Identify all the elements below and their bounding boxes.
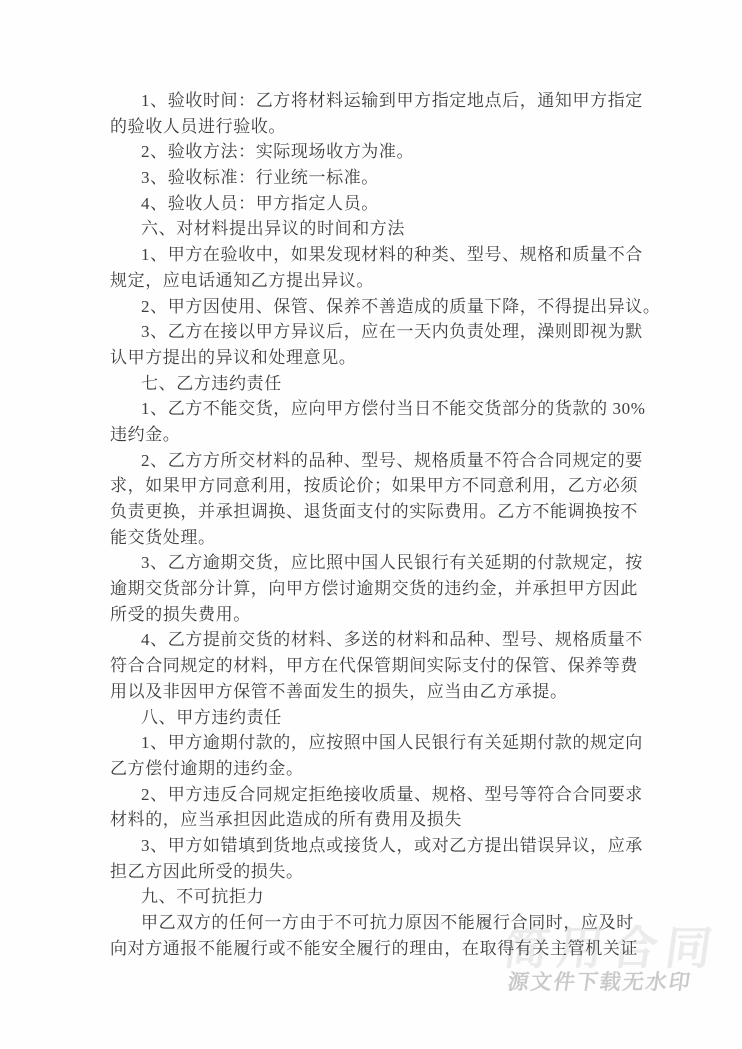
contract-line: 4、乙方提前交货的材料、多送的材料和品种、型号、规格质量不	[110, 627, 655, 653]
contract-line: 所受的损失费用。	[110, 602, 655, 628]
contract-line: 2、验收方法：实际现场收方为准。	[110, 139, 655, 165]
contract-line: 1、甲方逾期付款的，应按照中国人民银行有关延期付款的规定向	[110, 730, 655, 756]
contract-line: 2、甲方因使用、保管、保养不善造成的质量下降，不得提出异议。	[110, 294, 655, 320]
contract-line: 认甲方提出的异议和处理意见。	[110, 345, 655, 371]
contract-line: 求，如果甲方同意利用，按质论价；如果甲方不同意利用，乙方必须	[110, 473, 655, 499]
contract-line: 4、验收人员：甲方指定人员。	[110, 191, 655, 217]
contract-line: 3、乙方逾期交货，应比照中国人民银行有关延期的付款规定，按	[110, 550, 655, 576]
contract-line: 负责更换，并承担调换、退货面支付的实际费用。乙方不能调换按不	[110, 499, 655, 525]
contract-body: 1、验收时间：乙方将材料运输到甲方指定地点后，通知甲方指定的验收人员进行验收。2…	[110, 88, 655, 961]
contract-line: 乙方偿付逾期的违约金。	[110, 756, 655, 782]
contract-line: 能交货处理。	[110, 525, 655, 551]
contract-document-page: 简用合同 源文件下载无水印 1、验收时间：乙方将材料运输到甲方指定地点后，通知甲…	[0, 0, 742, 1049]
contract-line: 3、乙方在接以甲方异议后，应在一天内负责处理，澡则即视为默	[110, 319, 655, 345]
contract-line: 材料的，应当承担因此造成的所有费用及损失	[110, 807, 655, 833]
contract-line: 的验收人员进行验收。	[110, 114, 655, 140]
contract-line: 1、乙方不能交货，应向甲方偿付当日不能交货部分的货款的 30%	[110, 396, 655, 422]
contract-line: 六、对材料提出异议的时间和方法	[110, 216, 655, 242]
contract-line: 2、乙方方所交材料的品种、型号、规格质量不符合合同规定的要	[110, 448, 655, 474]
contract-line: 3、甲方如错填到货地点或接货人，或对乙方提出错误异议，应承	[110, 833, 655, 859]
contract-line: 八、甲方违约责任	[110, 705, 655, 731]
contract-line: 九、不可抗拒力	[110, 884, 655, 910]
contract-line: 符合合同规定的材料，甲方在代保管期间实际支付的保管、保养等费	[110, 653, 655, 679]
contract-line: 向对方通报不能履行或不能安全履行的理由，在取得有关主管机关证	[110, 936, 655, 962]
contract-line: 规定，应电话通知乙方提出异议。	[110, 268, 655, 294]
watermark-tagline-text: 源文件下载无水印	[506, 966, 694, 996]
contract-line: 担乙方因此所受的损失。	[110, 859, 655, 885]
contract-line: 3、验收标准：行业统一标准。	[110, 165, 655, 191]
contract-line: 七、乙方违约责任	[110, 371, 655, 397]
contract-line: 逾期交货部分计算，向甲方偿讨逾期交货的违约金，并承担甲方因此	[110, 576, 655, 602]
contract-line: 1、验收时间：乙方将材料运输到甲方指定地点后，通知甲方指定	[110, 88, 655, 114]
contract-line: 违约金。	[110, 422, 655, 448]
contract-line: 1、甲方在验收中，如果发现材料的种类、型号、规格和质量不合	[110, 242, 655, 268]
contract-line: 用以及非因甲方保管不善面发生的损失，应当由乙方承提。	[110, 679, 655, 705]
contract-line: 甲乙双方的任何一方由于不可抗力原因不能履行合同时，应及时	[110, 910, 655, 936]
contract-line: 2、甲方违反合同规定拒绝接收质量、规格、型号等符合合同要求	[110, 782, 655, 808]
